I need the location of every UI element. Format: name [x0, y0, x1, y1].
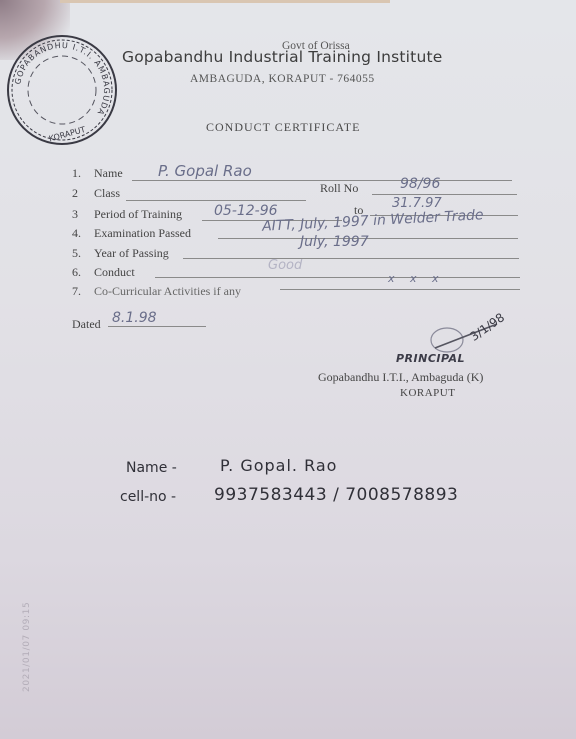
institute-address: AMBAGUDA, KORAPUT - 764055	[190, 73, 375, 85]
field-conduct-line	[155, 277, 520, 278]
field-passing-value: July, 1997	[300, 234, 369, 250]
field-passing-line	[183, 258, 519, 259]
timestamp-watermark: 2021/01/07 09:15	[22, 602, 32, 692]
field-2-num: 2	[72, 186, 78, 201]
field-name-label: Name	[94, 166, 123, 181]
field-3-num: 3	[72, 207, 78, 222]
field-name-value: P. Gopal Rao	[158, 162, 252, 180]
field-passing-label: Year of Passing	[94, 246, 169, 261]
field-class-label: Class	[94, 186, 120, 201]
field-training-from: 05-12-96	[214, 203, 278, 219]
field-5-num: 5.	[72, 246, 81, 261]
field-conduct-label: Conduct	[94, 265, 135, 280]
field-activities-line	[280, 289, 520, 290]
dated-value: 8.1.98	[112, 310, 157, 326]
note-name-label: Name -	[126, 460, 177, 476]
dated-line	[108, 326, 206, 327]
field-activities-label: Co-Curricular Activities if any	[94, 284, 241, 299]
field-conduct-value: Good	[268, 258, 302, 273]
roll-no-value: 98/96	[400, 176, 440, 192]
field-7-num: 7.	[72, 284, 81, 299]
roll-no-label: Roll No	[320, 181, 358, 196]
note-cell-value: 9937583443 / 7008578893	[214, 485, 458, 505]
note-name-value: P. Gopal. Rao	[220, 456, 337, 475]
field-6-num: 6.	[72, 265, 81, 280]
field-class-line	[126, 200, 306, 201]
paper-edge	[60, 0, 390, 3]
field-activities-value: x x x	[388, 272, 445, 285]
principal-place: KORAPUT	[400, 387, 455, 399]
principal-office: Gopabandhu I.T.I., Ambaguda (K)	[318, 370, 483, 385]
note-cell-label: cell-no -	[120, 489, 176, 505]
dated-label: Dated	[72, 317, 101, 332]
seal-stamp-icon: GOPABANDHU I.T.I. AMBAGUDA KORAPUT	[0, 28, 120, 148]
roll-no-line	[372, 194, 517, 195]
institute-name: Gopabandhu Industrial Training Institute	[122, 48, 442, 66]
field-1-num: 1.	[72, 166, 81, 181]
field-exam-label: Examination Passed	[94, 226, 191, 241]
field-4-num: 4.	[72, 226, 81, 241]
field-training-label: Period of Training	[94, 207, 182, 222]
field-exam-value: AITT, July, 1997 in Welder Trade	[262, 207, 484, 235]
certificate-title: CONDUCT CERTIFICATE	[206, 120, 360, 135]
principal-title: PRINCIPAL	[396, 352, 465, 365]
svg-text:GOPABANDHU I.T.I. AMBAGUDA: GOPABANDHU I.T.I. AMBAGUDA	[13, 41, 111, 117]
